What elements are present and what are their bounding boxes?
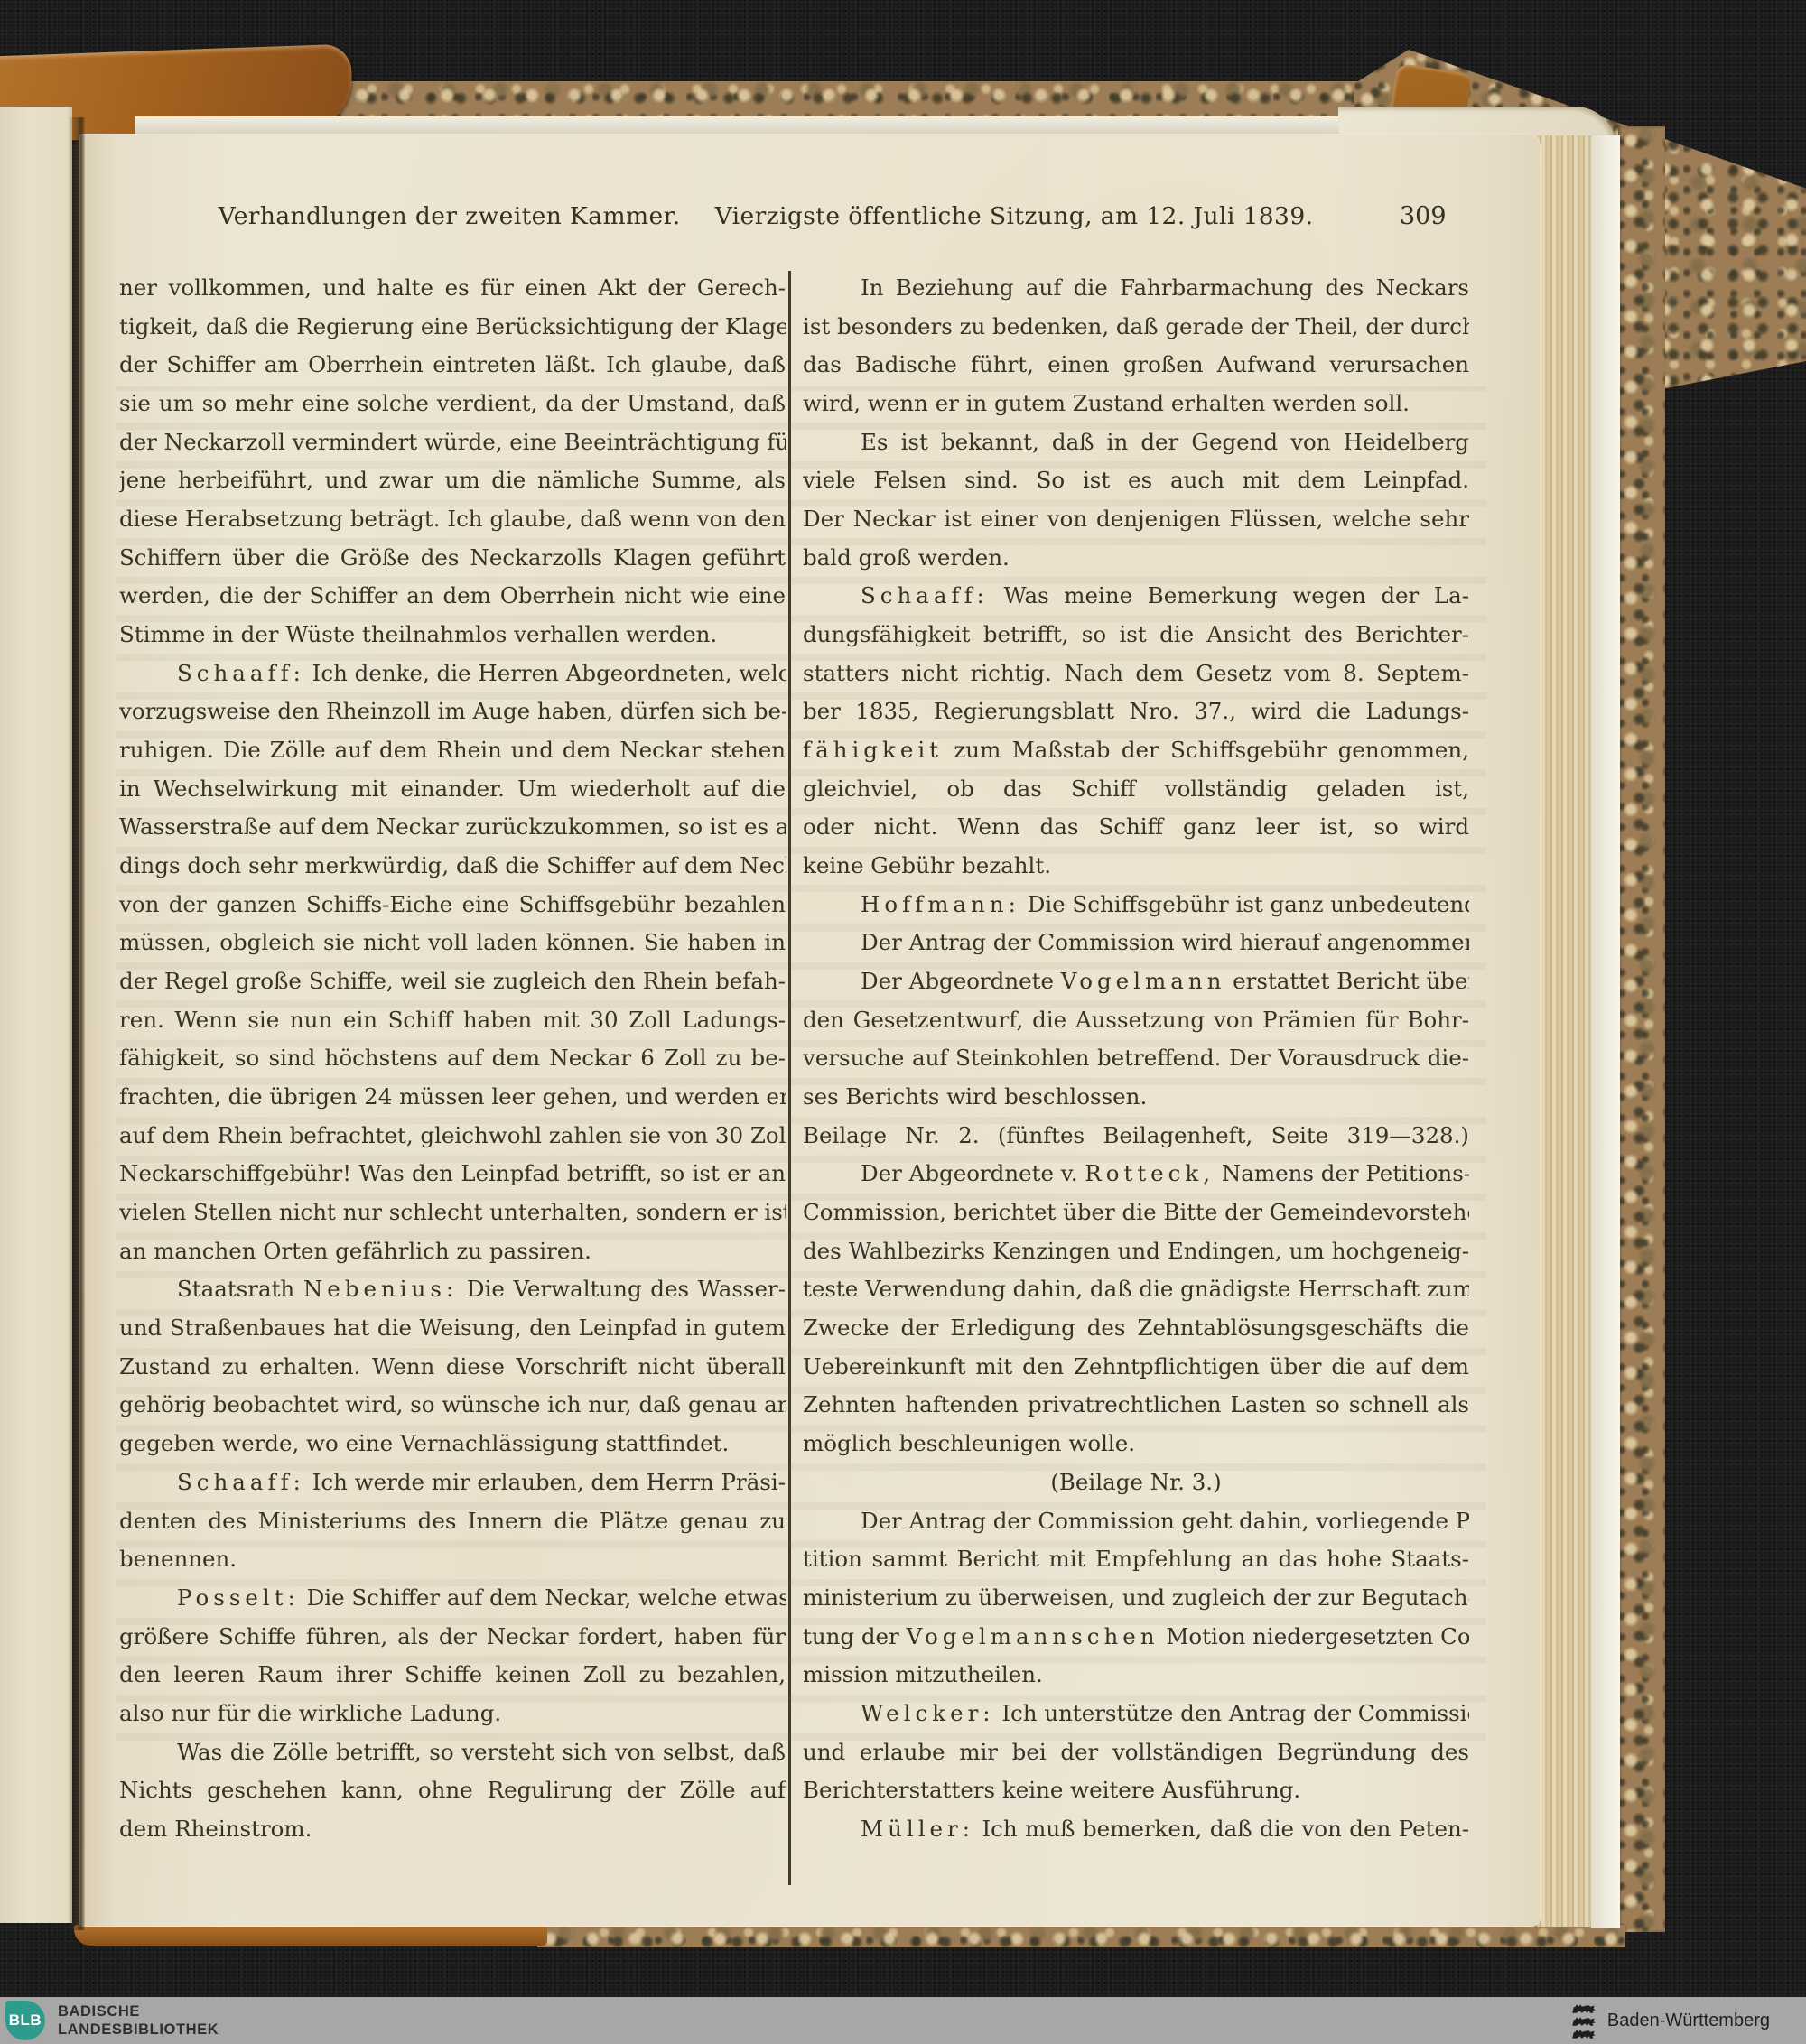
text-line: Wasserstraße auf dem Neckar zurückzukomm… — [119, 808, 786, 847]
text-line: mission mitzutheilen. — [803, 1656, 1469, 1695]
gutter-shadow — [69, 117, 85, 1930]
text-line: ses Berichts wird beschlossen. — [803, 1078, 1469, 1117]
text-line: jene herbeiführt, und zwar um die nämlic… — [119, 461, 786, 500]
library-logo-group: BLB BADISCHE LANDESBIBLIOTHEK — [0, 2001, 219, 2040]
text-line: (Beilage Nr. 3.) — [803, 1463, 1469, 1502]
marbled-cover-bottom-edge — [537, 1925, 1625, 1947]
text-line: frachten, die übrigen 24 müssen leer geh… — [119, 1078, 786, 1117]
text-line: Nichts geschehen kann, ohne Regulirung d… — [119, 1771, 786, 1810]
page-number: 309 — [1400, 202, 1447, 230]
text-line: Schaaff: Ich werde mir erlauben, dem Her… — [119, 1463, 786, 1502]
text-line: fähigkeit, so sind höchstens auf dem Nec… — [119, 1039, 786, 1078]
text-line: Neckarschiffgebühr! Was den Leinpfad bet… — [119, 1155, 786, 1194]
marbled-cover-right-edge — [1618, 126, 1665, 1932]
text-line: In Beziehung auf die Fahrbarmachung des … — [803, 269, 1469, 308]
text-line: und erlaube mir bei der vollständigen Be… — [803, 1733, 1469, 1772]
text-line: Müller: Ich muß bemerken, daß die von de… — [803, 1810, 1469, 1849]
text-line: von der ganzen Schiffs-Eiche eine Schiff… — [119, 886, 786, 924]
text-line: Was die Zölle betrifft, so versteht sich… — [119, 1733, 786, 1772]
text-line: werden, die der Schiffer an dem Oberrhei… — [119, 577, 786, 616]
running-header: Verhandlungen der zweiten Kammer. Vierzi… — [120, 202, 1411, 238]
text-line: viele Felsen sind. So ist es auch mit de… — [803, 461, 1469, 500]
text-line: Berichterstatters keine weitere Ausführu… — [803, 1771, 1469, 1810]
text-line: der Schiffer am Oberrhein eintreten läßt… — [119, 346, 786, 385]
text-line: Schaaff: Was meine Bemerkung wegen der L… — [803, 577, 1469, 616]
text-line: diese Herabsetzung beträgt. Ich glaube, … — [119, 500, 786, 539]
text-line: ruhigen. Die Zölle auf dem Rhein und dem… — [119, 731, 786, 770]
leather-bottom-edge — [74, 1925, 547, 1946]
text-line: das Badische führt, einen großen Aufwand… — [803, 346, 1469, 385]
text-line: Schaaff: Ich denke, die Herren Abgeordne… — [119, 655, 786, 693]
text-line: Commission, berichtet über die Bitte der… — [803, 1194, 1469, 1232]
text-line: auf dem Rhein befrachtet, gleichwohl zah… — [119, 1117, 786, 1156]
blb-logo-text: BLB — [9, 2011, 42, 2030]
text-line: sie um so mehr eine solche verdient, da … — [119, 385, 786, 423]
text-line: Es ist bekannt, daß in der Gegend von He… — [803, 423, 1469, 462]
header-chamber-title: Verhandlungen der zweiten Kammer. — [219, 202, 681, 238]
text-line: Hoffmann: Die Schiffsgebühr ist ganz unb… — [803, 886, 1469, 924]
text-line: möglich beschleunigen wolle. — [803, 1425, 1469, 1463]
text-line: Uebereinkunft mit den Zehntpflichtigen ü… — [803, 1348, 1469, 1387]
text-line: Beilage Nr. 2. (fünftes Beilagenheft, Se… — [803, 1117, 1469, 1156]
text-line: Stimme in der Wüste theilnahmlos verhall… — [119, 616, 786, 655]
text-line: Der Abgeordnete Vogelmann erstattet Beri… — [803, 962, 1469, 1001]
text-line: dungsfähigkeit betrifft, so ist die Ansi… — [803, 616, 1469, 655]
digitized-book-scan: Verhandlungen der zweiten Kammer. Vierzi… — [0, 0, 1806, 2044]
text-line: ministerium zu überweisen, und zugleich … — [803, 1579, 1469, 1618]
text-line: Zwecke der Erledigung des Zehntablösungs… — [803, 1309, 1469, 1348]
text-line: und Straßenbaues hat die Weisung, den Le… — [119, 1309, 786, 1348]
state-logo-group: Baden-Württemberg — [1571, 2000, 1806, 2041]
text-line: ner vollkommen, und halte es für einen A… — [119, 269, 786, 308]
text-line: größere Schiffe führen, als der Neckar f… — [119, 1618, 786, 1657]
text-line: Der Antrag der Commission wird hierauf a… — [803, 924, 1469, 962]
text-line: Staatsrath Nebenius: Die Verwaltung des … — [119, 1270, 786, 1309]
text-line: gegeben werde, wo eine Vernachlässigung … — [119, 1425, 786, 1463]
page-fore-edge — [1537, 135, 1591, 1927]
text-line: in Wechselwirkung mit einander. Um wiede… — [119, 770, 786, 809]
text-line: Der Abgeordnete v. Rotteck, Namens der P… — [803, 1155, 1469, 1194]
text-line: der Neckarzoll vermindert würde, eine Be… — [119, 423, 786, 462]
library-name-line1: BADISCHE — [58, 2002, 219, 2021]
text-line: Zehnten haftenden privatrechtlichen Last… — [803, 1386, 1469, 1425]
text-line: Schiffern über die Größe des Neckarzolls… — [119, 539, 786, 578]
text-line: oder nicht. Wenn das Schiff ganz leer is… — [803, 808, 1469, 847]
header-session-title: Vierzigste öffentliche Sitzung, am 12. J… — [715, 202, 1314, 238]
text-line: ren. Wenn sie nun ein Schiff haben mit 3… — [119, 1001, 786, 1040]
text-line: tung der Vogelmannschen Motion niederges… — [803, 1618, 1469, 1657]
text-line: dem Rheinstrom. — [119, 1810, 786, 1849]
text-line: bald groß werden. — [803, 539, 1469, 578]
book-page: Verhandlungen der zweiten Kammer. Vierzi… — [79, 134, 1541, 1927]
text-line: fähigkeit zum Maßstab der Schiffsgebühr … — [803, 731, 1469, 770]
text-line: versuche auf Steinkohlen betreffend. Der… — [803, 1039, 1469, 1078]
text-line: Der Antrag der Commission geht dahin, vo… — [803, 1502, 1469, 1541]
text-line: Zustand zu erhalten. Wenn diese Vorschri… — [119, 1348, 786, 1387]
text-line: den leeren Raum ihrer Schiffe keinen Zol… — [119, 1656, 786, 1695]
column-divider-rule — [788, 271, 791, 1885]
text-line: den Gesetzentwurf, die Aussetzung von Pr… — [803, 1001, 1469, 1040]
text-line: müssen, obgleich sie nicht voll laden kö… — [119, 924, 786, 962]
text-line: benennen. — [119, 1540, 786, 1579]
text-line: denten des Ministeriums des Innern die P… — [119, 1502, 786, 1541]
library-branding-bar: BLB BADISCHE LANDESBIBLIOTHEK Baden-Würt… — [0, 1997, 1806, 2044]
facing-page-sliver — [0, 107, 72, 1923]
text-line: gleichviel, ob das Schiff vollständig ge… — [803, 770, 1469, 809]
library-name: BADISCHE LANDESBIBLIOTHEK — [58, 2002, 219, 2039]
text-line: statters nicht richtig. Nach dem Gesetz … — [803, 655, 1469, 693]
text-line: der Regel große Schiffe, weil sie zuglei… — [119, 962, 786, 1001]
blb-logo-icon: BLB — [5, 2001, 45, 2040]
text-line: ber 1835, Regierungsblatt Nro. 37., wird… — [803, 692, 1469, 731]
text-line: wird, wenn er in gutem Zustand erhalten … — [803, 385, 1469, 423]
text-line: Posselt: Die Schiffer auf dem Neckar, we… — [119, 1579, 786, 1618]
text-column-right: In Beziehung auf die Fahrbarmachung des … — [803, 269, 1469, 1849]
text-line: tigkeit, daß die Regierung eine Berücksi… — [119, 308, 786, 347]
text-line: vorzugsweise den Rheinzoll im Auge haben… — [119, 692, 786, 731]
text-line: tition sammt Bericht mit Empfehlung an d… — [803, 1540, 1469, 1579]
text-line: ist besonders zu bedenken, daß gerade de… — [803, 308, 1469, 347]
endpaper-edge — [1591, 135, 1620, 1928]
text-line: dings doch sehr merkwürdig, daß die Schi… — [119, 847, 786, 886]
text-line: an manchen Orten gefährlich zu passiren. — [119, 1232, 786, 1271]
text-column-left: ner vollkommen, und halte es für einen A… — [119, 269, 786, 1849]
text-line: Der Neckar ist einer von denjenigen Flüs… — [803, 500, 1469, 539]
text-line: Welcker: Ich unterstütze den Antrag der … — [803, 1695, 1469, 1733]
text-line: teste Verwendung dahin, daß die gnädigst… — [803, 1270, 1469, 1309]
text-line: gehörig beobachtet wird, so wünsche ich … — [119, 1386, 786, 1425]
text-line: keine Gebühr bezahlt. — [803, 847, 1469, 886]
text-line: des Wahlbezirks Kenzingen und Endingen, … — [803, 1232, 1469, 1271]
text-line: also nur für die wirkliche Ladung. — [119, 1695, 786, 1733]
state-name: Baden-Württemberg — [1607, 2011, 1770, 2031]
text-line: vielen Stellen nicht nur schlecht unterh… — [119, 1194, 786, 1232]
baden-wuerttemberg-lions-icon — [1571, 2000, 1598, 2041]
library-name-line2: LANDESBIBLIOTHEK — [58, 2021, 219, 2039]
